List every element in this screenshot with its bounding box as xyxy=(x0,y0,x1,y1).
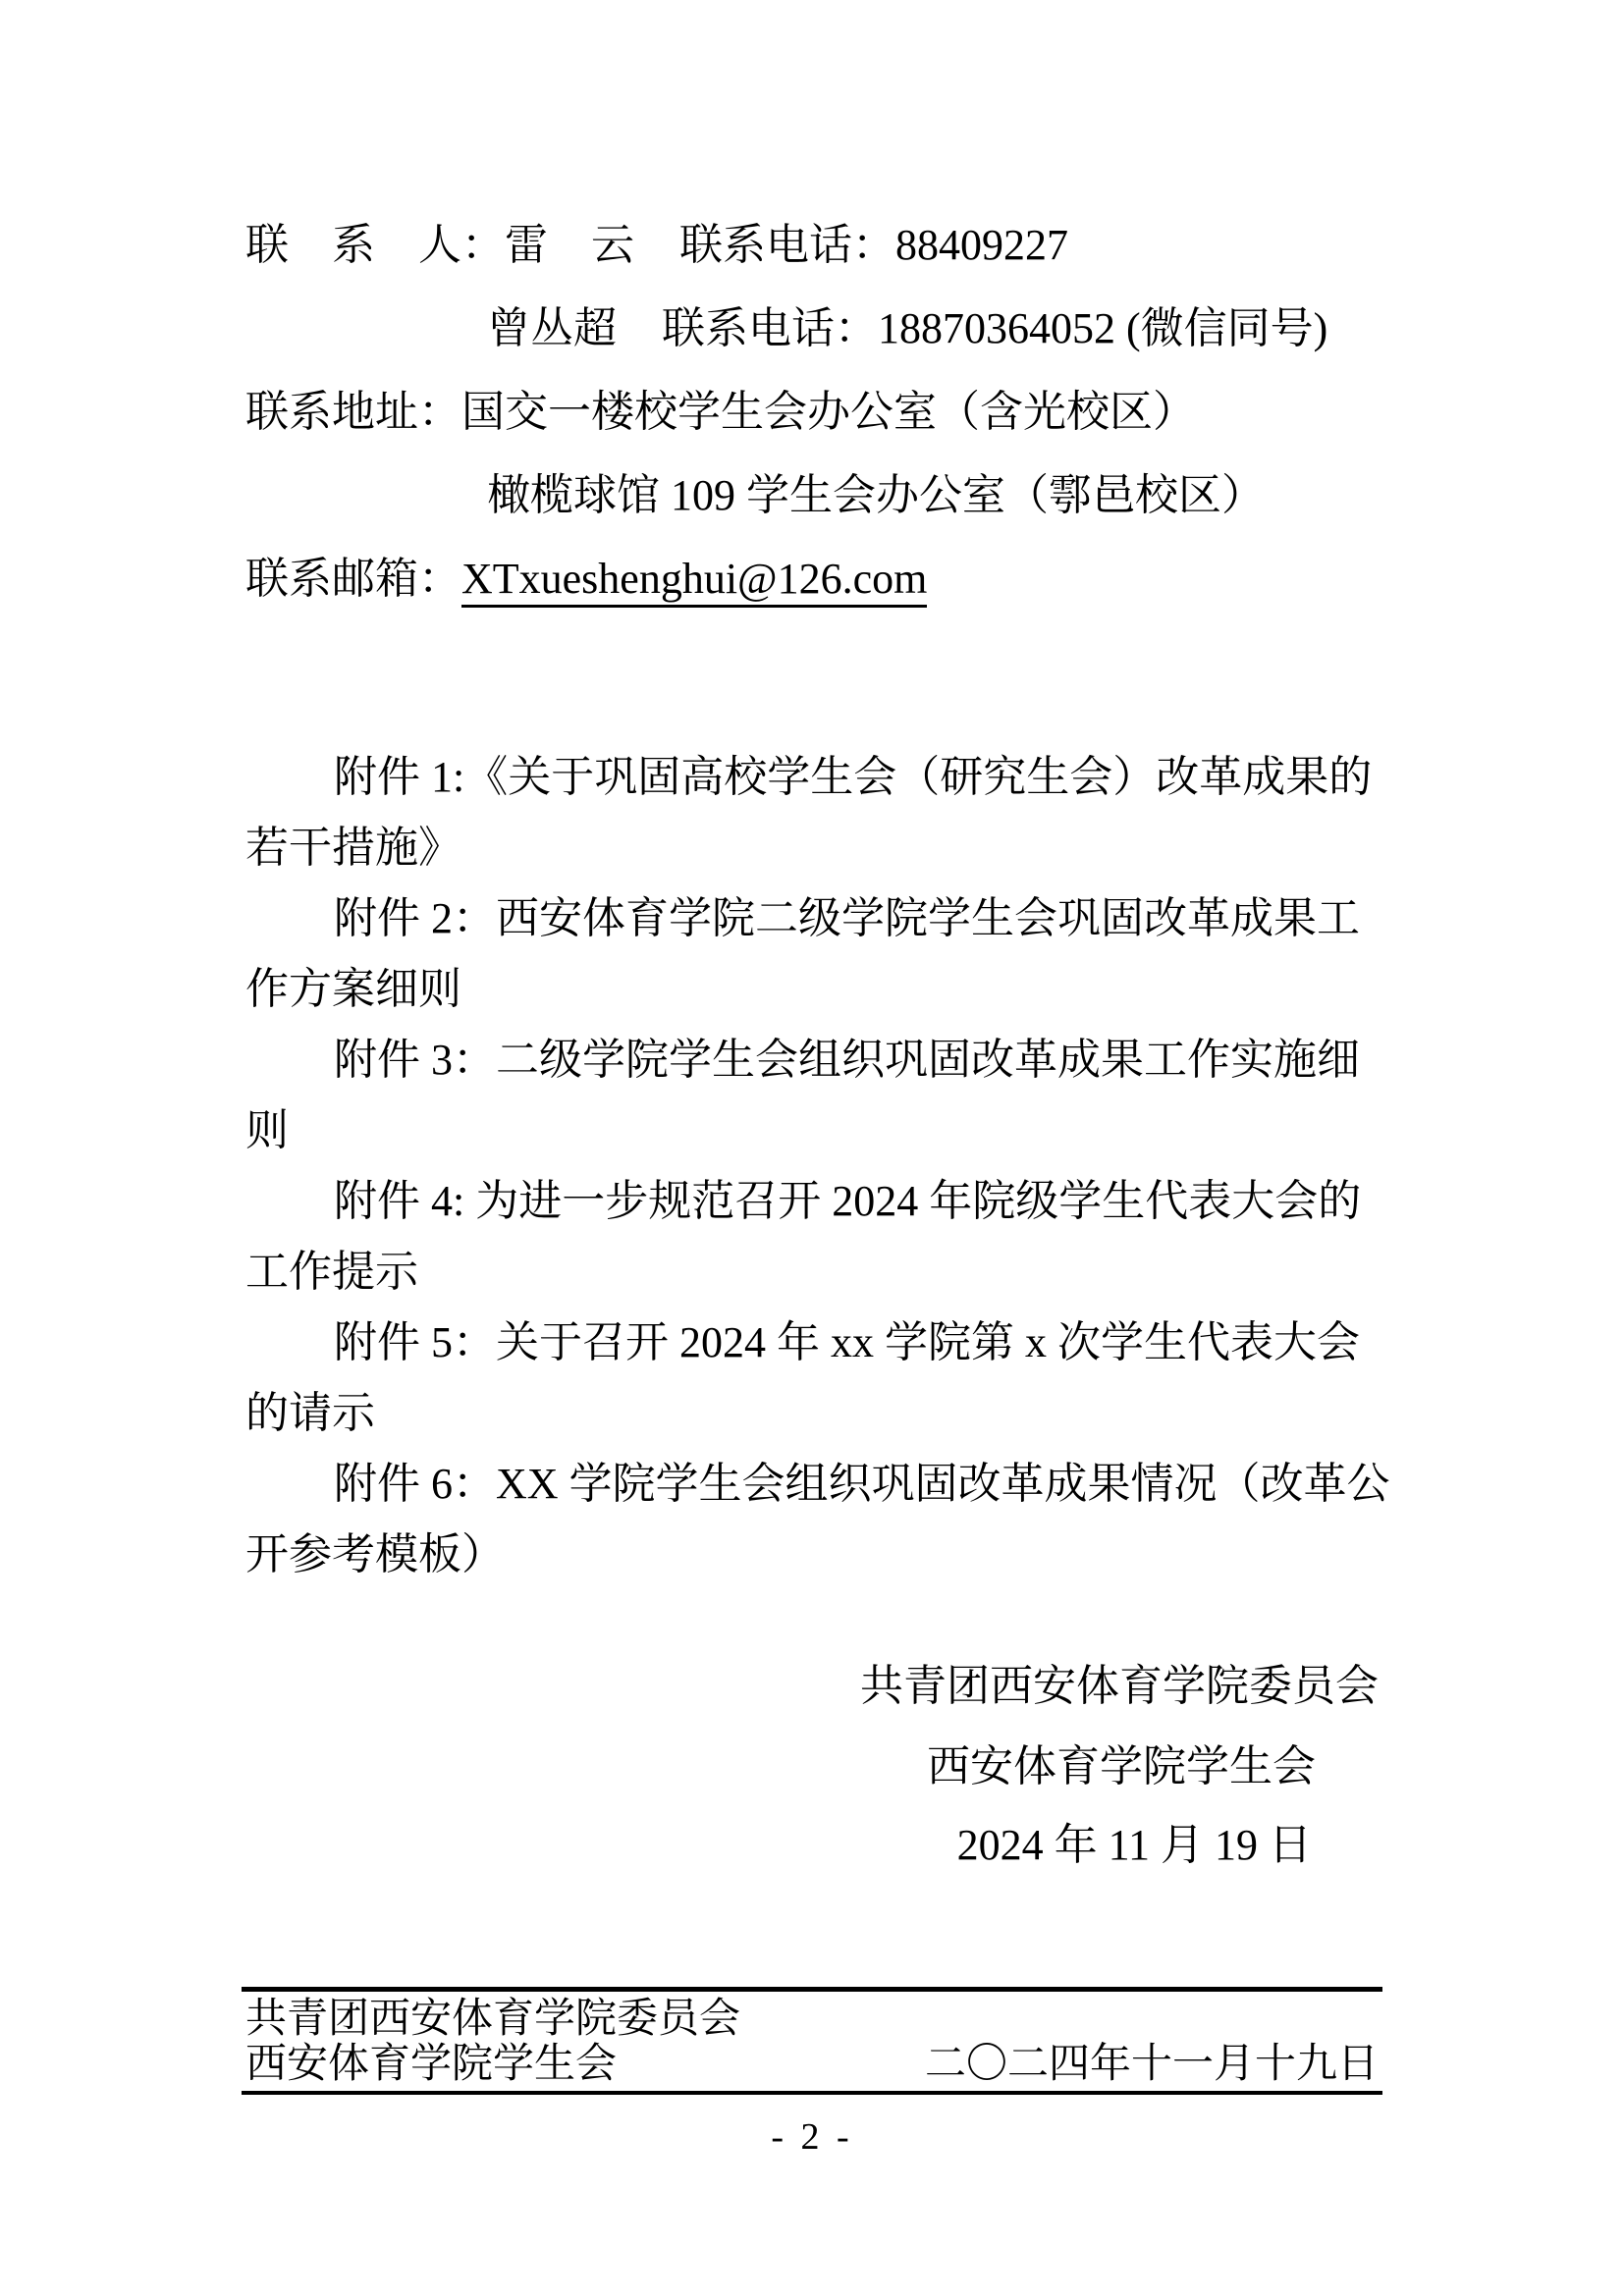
contact-email-link[interactable]: XTxueshenghui@126.com xyxy=(461,555,927,608)
contact-person2-name: 曾丛超 xyxy=(487,304,617,352)
footer-org-student-union: 西安体育学院学生会 xyxy=(245,2042,617,2087)
attachment-5-line-1: 附件 5：关于召开 2024 年 xx 学院第 x 次学生代表大会 xyxy=(245,1308,1434,1378)
contact-email-label: 联系邮箱： xyxy=(245,555,461,603)
contact-person2-phone: 18870364052 (微信同号) xyxy=(878,304,1327,352)
contact-address1: 国交一楼校学生会办公室（含光校区） xyxy=(461,388,1196,436)
contact-person2-line: 曾丛超联系电话：18870364052 (微信同号) xyxy=(245,287,1394,370)
contact-person-label: 联 系 人： xyxy=(245,221,505,269)
attachment-5-line-2: 的请示 xyxy=(245,1378,1434,1449)
footer-date: 二〇二四年十一月十九日 xyxy=(925,2042,1379,2087)
attachment-2-line-1: 附件 2：西安体育学院二级学院学生会巩固改革成果工 xyxy=(245,883,1434,954)
contact-person1-phone-label: 联系电话： xyxy=(679,221,895,269)
contact-person-line: 联 系 人：雷 云联系电话：88409227 xyxy=(245,203,1394,287)
contact-address-line: 联系地址：国交一楼校学生会办公室（含光校区） xyxy=(245,370,1394,454)
signature-date: 2024 年 11 月 19 日 xyxy=(957,1822,1312,1869)
contact-address2-line: 橄榄球馆 109 学生会办公室（鄠邑校区） xyxy=(245,454,1394,537)
footer-row-2: 西安体育学院学生会 二〇二四年十一月十九日 xyxy=(245,2042,1379,2087)
contact-person1-phone: 88409227 xyxy=(895,221,1068,269)
attachments-list: 附件 1:《关于巩固高校学生会（研究生会）改革成果的 若干措施》 附件 2：西安… xyxy=(245,742,1434,1590)
contact-person2-phone-label: 联系电话： xyxy=(662,304,878,352)
attachment-6-line-2: 开参考模板） xyxy=(245,1520,1434,1590)
contact-address2: 橄榄球馆 109 学生会办公室（鄠邑校区） xyxy=(487,471,1265,519)
document-page: 联 系 人：雷 云联系电话：88409227 曾丛超联系电话：188703640… xyxy=(0,0,1624,2296)
contact-email-line: 联系邮箱：XTxueshenghui@126.com xyxy=(245,537,1394,620)
attachment-3-line-2: 则 xyxy=(245,1095,1434,1166)
attachment-1-line-2: 若干措施》 xyxy=(245,813,1434,883)
contact-info-section: 联 系 人：雷 云联系电话：88409227 曾丛超联系电话：188703640… xyxy=(245,203,1394,620)
signature-org-committee: 共青团西安体育学院委员会 xyxy=(860,1663,1379,1710)
attachment-1-line-1: 附件 1:《关于巩固高校学生会（研究生会）改革成果的 xyxy=(245,742,1434,813)
attachment-6-line-1: 附件 6：XX 学院学生会组织巩固改革成果情况（改革公 xyxy=(245,1449,1434,1520)
contact-person1-name: 雷 云 xyxy=(505,221,634,269)
footer-rule-top xyxy=(242,1987,1382,1992)
contact-address-label: 联系地址： xyxy=(245,388,461,436)
footer-org-committee: 共青团西安体育学院委员会 xyxy=(245,1997,1379,2042)
attachment-4-line-1: 附件 4: 为进一步规范召开 2024 年院级学生代表大会的 xyxy=(245,1166,1434,1237)
footer-rule-bottom xyxy=(242,2091,1382,2095)
attachment-4-line-2: 工作提示 xyxy=(245,1237,1434,1308)
attachment-3-line-1: 附件 3：二级学院学生会组织巩固改革成果工作实施细 xyxy=(245,1025,1434,1095)
page-number: - 2 - xyxy=(0,2116,1624,2158)
attachment-2-line-2: 作方案细则 xyxy=(245,954,1434,1025)
signature-org-student-union: 西安体育学院学生会 xyxy=(927,1743,1316,1790)
